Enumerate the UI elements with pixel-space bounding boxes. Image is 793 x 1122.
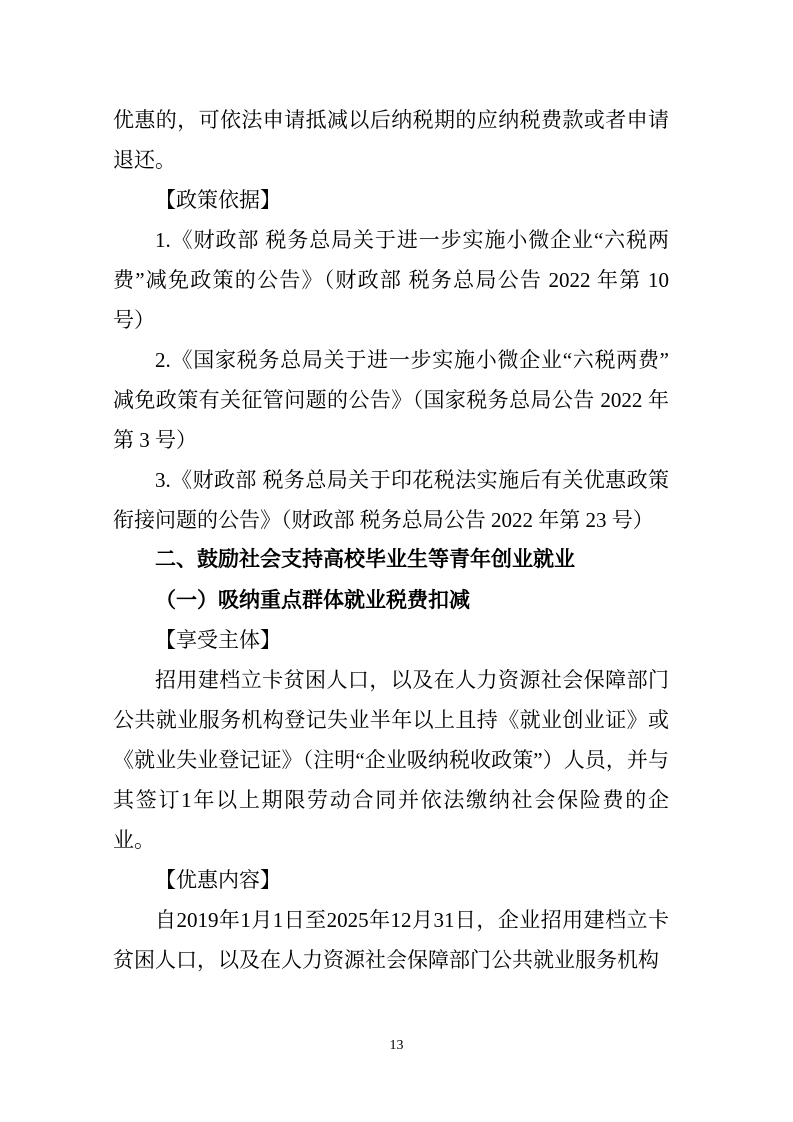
document-page: 优惠的，可依法申请抵减以后纳税期的应纳税费款或者申请退还。 【政策依据】 1.《… (0, 0, 793, 1122)
policy-item-3: 3.《财政部 税务总局关于印花税法实施后有关优惠政策衔接问题的公告》（财政部 税… (113, 460, 669, 540)
header-policy-basis: 【政策依据】 (113, 180, 669, 220)
paragraph-tax-credit-continuation: 优惠的，可依法申请抵减以后纳税期的应纳税费款或者申请退还。 (113, 100, 669, 180)
paragraph-beneficiary: 招用建档立卡贫困人口，以及在人力资源社会保障部门公共就业服务机构登记失业半年以上… (113, 660, 669, 860)
header-benefit-content: 【优惠内容】 (113, 860, 669, 900)
policy-item-1: 1.《财政部 税务总局关于进一步实施小微企业“六税两费”减免政策的公告》（财政部… (113, 220, 669, 340)
header-beneficiary: 【享受主体】 (113, 620, 669, 660)
section-heading-2: 二、鼓励社会支持高校毕业生等青年创业就业 (113, 540, 669, 580)
policy-item-2: 2.《国家税务总局关于进一步实施小微企业“六税两费”减免政策有关征管问题的公告》… (113, 340, 669, 460)
document-body: 优惠的，可依法申请抵减以后纳税期的应纳税费款或者申请退还。 【政策依据】 1.《… (113, 100, 669, 980)
paragraph-benefit-content: 自2019年1月1日至2025年12月31日，企业招用建档立卡贫困人口，以及在人… (113, 900, 669, 980)
page-number: 13 (0, 1036, 793, 1056)
subsection-heading-2-1: （一）吸纳重点群体就业税费扣减 (113, 580, 669, 620)
